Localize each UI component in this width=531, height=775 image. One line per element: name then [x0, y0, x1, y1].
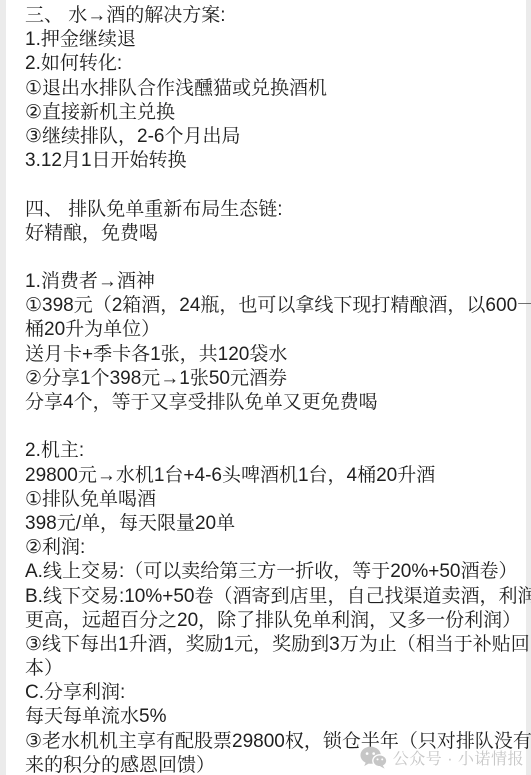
- text-line: [25, 173, 526, 197]
- text-line: 四、 排队免单重新布局生态链:: [25, 198, 526, 222]
- text-line: ③线下每出1升酒，奖励1元，奖励到3万为止（相当于补贴回: [25, 633, 526, 657]
- watermark-label: 公众号 · 小诺情报: [393, 746, 524, 769]
- right-gutter: [526, 0, 531, 775]
- text-line: ①退出水排队合作浅醺猫或兑换酒机: [25, 77, 526, 101]
- text-line: 本）: [25, 657, 526, 681]
- text-line: ②利润:: [25, 536, 526, 560]
- article-body: 三、 水→酒的解决方案:1.押金继续退2.如何转化:①退出水排队合作浅醺猫或兑换…: [25, 4, 526, 775]
- text-line: A.线上交易:（可以卖给第三方一折收，等于20%+50酒卷）: [25, 560, 526, 584]
- text-line: ③继续排队，2-6个月出局: [25, 125, 526, 149]
- wechat-icon: [360, 746, 387, 769]
- text-line: B.线下交易:10%+50卷（酒寄到店里，自己找渠道卖酒，利润: [25, 585, 526, 609]
- text-line: 分享4个，等于又享受排队免单又更免费喝: [25, 391, 526, 415]
- text-line: 送月卡+季卡各1张，共120袋水: [25, 343, 526, 367]
- text-line: ②分享1个398元→1张50元酒券: [25, 367, 526, 391]
- text-line: 更高，远超百分之20，除了排队免单利润，又多一份利润）: [25, 609, 526, 633]
- text-line: 桶20升为单位）: [25, 318, 526, 342]
- text-line: 29800元→水机1台+4-6头啤酒机1台，4桶20升酒: [25, 464, 526, 488]
- text-line: 2.机主:: [25, 439, 526, 463]
- text-line: [25, 415, 526, 439]
- text-line: ①398元（2箱酒，24瓶，也可以拿线下现打精酿酒，以600一: [25, 294, 526, 318]
- text-line: 三、 水→酒的解决方案:: [25, 4, 526, 28]
- text-line: 398元/单，每天限量20单: [25, 512, 526, 536]
- text-line: 3.12月1日开始转换: [25, 149, 526, 173]
- text-line: [25, 246, 526, 270]
- text-line: ②直接新机主兑换: [25, 101, 526, 125]
- left-gutter: [0, 0, 6, 775]
- text-line: 2.如何转化:: [25, 52, 526, 76]
- watermark: 公众号 · 小诺情报: [360, 746, 524, 769]
- text-line: C.分享利润:: [25, 681, 526, 705]
- text-line: 1.消费者→酒神: [25, 270, 526, 294]
- text-line: 好精酿，免费喝: [25, 222, 526, 246]
- text-line: 1.押金继续退: [25, 28, 526, 52]
- text-line: ①排队免单喝酒: [25, 488, 526, 512]
- text-line: 每天每单流水5%: [25, 705, 526, 729]
